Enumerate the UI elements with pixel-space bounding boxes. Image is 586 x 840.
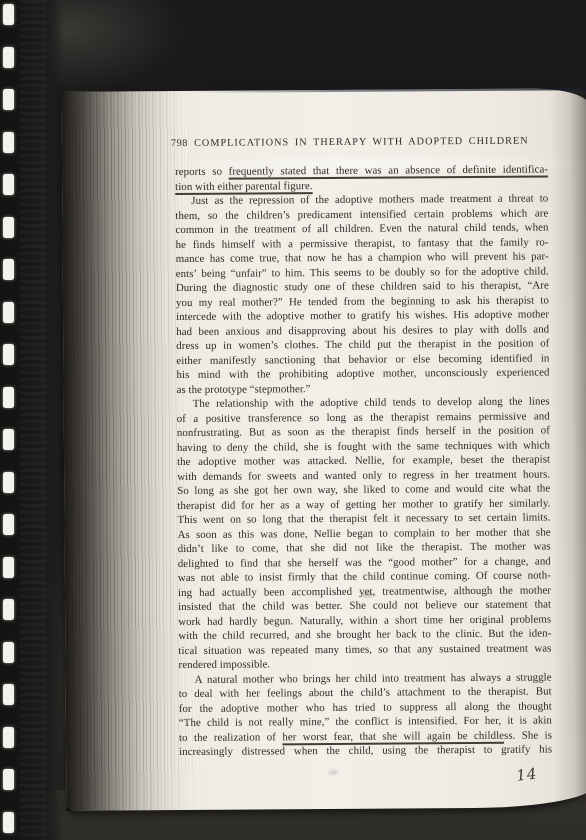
text-segment: So long as she got her own way, she like… xyxy=(177,482,550,497)
text-segment: nonfrustrating. But as soon as the thera… xyxy=(177,424,550,439)
text-segment: The relationship with the adoptive child… xyxy=(193,395,550,409)
text-segment: with the child recurred, and she brought… xyxy=(178,627,551,642)
text-segment: didn’t like to come, that she did not li… xyxy=(178,540,551,555)
pen-underlined-text: her worst fear, that she will again be c… xyxy=(282,729,504,743)
text-segment: delighted to find that she herself was t… xyxy=(178,555,551,570)
text-segment: common in the treatment of all children.… xyxy=(175,221,548,236)
pen-underlined-text: frequently stated that there was an abse… xyxy=(229,163,548,177)
text-segment: reports so xyxy=(175,166,229,178)
text-segment: you my real mother?” He tended from the … xyxy=(176,294,549,309)
text-segment: work had hardly begun. Naturally, within… xyxy=(178,613,551,628)
text-segment: he finds himself with a permissive thera… xyxy=(176,236,549,251)
text-segment: either manifestly sanctioning that behav… xyxy=(176,352,549,367)
handwritten-page-mark: 14 xyxy=(515,764,538,785)
page-edge-shade xyxy=(549,88,586,807)
text-segment: his mind with the prohibiting adoptive m… xyxy=(176,366,549,381)
pen-underlined-text: tion with either parental figure. xyxy=(175,180,313,193)
text-segment: dress up in women’s clothes. The child p… xyxy=(176,337,549,352)
text-segment: This went on so long that the therapist … xyxy=(177,511,550,526)
text-segment: to deal with her feelings about the chil… xyxy=(179,685,552,700)
running-head: COMPLICATIONS IN THERAPY WITH ADOPTED CH… xyxy=(175,135,548,149)
text-segment: having to deny the child, she is fought … xyxy=(177,439,550,454)
text-segment: ents’ being “unfair” to him. This seems … xyxy=(176,265,549,280)
binding-gutter-shadow xyxy=(61,91,186,811)
text-line: his mind with the prohibiting adoptive m… xyxy=(176,365,549,382)
text-segment: therapist did for her as a way of gettin… xyxy=(177,497,550,512)
text-segment: ss. She is xyxy=(504,729,552,741)
text-line: reports so frequently stated that there … xyxy=(175,162,548,179)
text-segment: of a positive transference so long as th… xyxy=(177,410,550,425)
text-segment: the adoptive mother was attacked. Nellie… xyxy=(177,453,550,468)
text-line: increasingly distressed when the child, … xyxy=(179,742,552,759)
microfilm-book-scan: 798 COMPLICATIONS IN THERAPY WITH ADOPTE… xyxy=(0,0,586,840)
text-segment: to the realization of xyxy=(179,731,282,744)
text-segment: rendered impossible. xyxy=(178,658,270,671)
text-segment: with demands for sweets and wanted only … xyxy=(177,468,550,483)
text-segment: as the prototype “stepmother.” xyxy=(177,383,311,396)
text-segment: As soon as this was done, Nellie began t… xyxy=(178,526,551,541)
text-segment: ing had actually been accomplished yet, … xyxy=(178,584,551,599)
book-page: 798 COMPLICATIONS IN THERAPY WITH ADOPTE… xyxy=(61,88,586,811)
text-segment: A natural mother who brings her child in… xyxy=(195,671,552,685)
text-segment: tical situation was repeated many times,… xyxy=(178,642,551,657)
text-segment: insisted that the child was better. She … xyxy=(178,598,551,613)
text-segment: for the adoptive mother who has tried to… xyxy=(179,700,552,715)
text-segment: mance has come true, that now he has a c… xyxy=(176,250,549,265)
text-segment: Just as the repression of the adoptive m… xyxy=(191,192,548,206)
text-segment: During the diagnostic study one of these… xyxy=(176,279,549,294)
text-segment: intercede with the adoptive mother to gr… xyxy=(176,308,549,323)
page-body: reports so frequently stated that there … xyxy=(175,162,552,759)
text-segment: “The child is not really mine,” the conf… xyxy=(179,714,552,729)
ink-smudge xyxy=(328,770,338,775)
text-segment: was not able to insist firmly that the c… xyxy=(178,569,551,584)
text-segment: had been anxious and disapproving about … xyxy=(176,323,549,338)
text-segment: them, so the children’s predicament inte… xyxy=(175,207,548,222)
text-line: tical situation was repeated many times,… xyxy=(178,641,551,658)
text-segment: increasingly distressed when the child, … xyxy=(179,743,552,758)
